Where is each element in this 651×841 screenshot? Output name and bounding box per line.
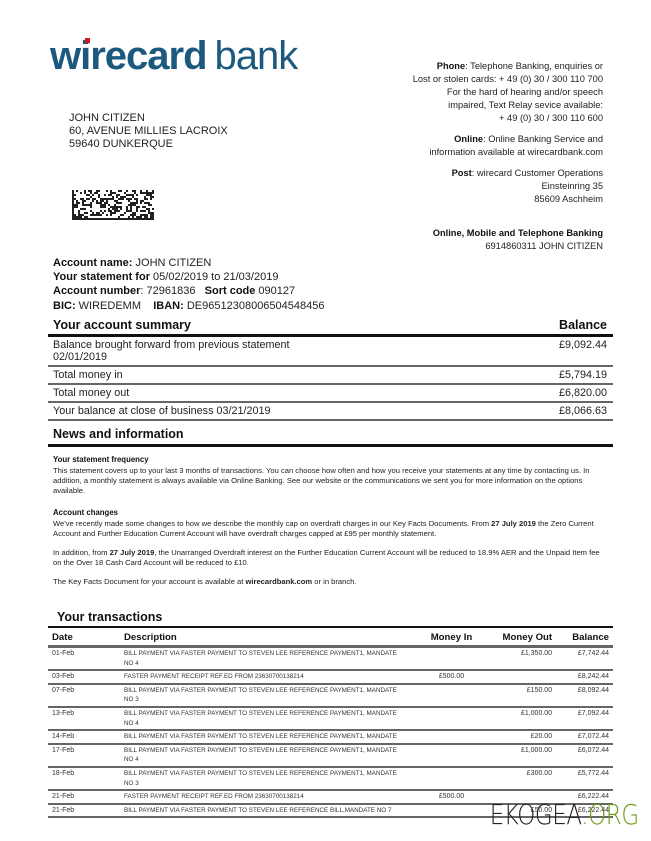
tx-money-out: £1,000.00 [483, 744, 556, 767]
tx-date: 17-Feb [48, 744, 120, 767]
watermark-main: EKOGEA [490, 798, 582, 831]
account-summary: Your account summary Balance Balance bro… [48, 318, 613, 421]
summary-title: Your account summary [53, 318, 191, 332]
summary-label-text: Your balance at close of business 03/21/… [53, 405, 271, 417]
tx-balance: £5,772.44 [556, 767, 613, 790]
tx-date: 13-Feb [48, 707, 120, 730]
tx-date: 01-Feb [48, 647, 120, 671]
sort-code-value: 090127 [255, 285, 295, 297]
tx-description: BILL PAYMENT VIA FASTER PAYMENT TO STEVE… [120, 684, 420, 707]
phone-text: : Telephone Banking, enquiries or [465, 61, 603, 71]
online-label: Online [454, 134, 483, 144]
account-changes-para-1: We've recently made some changes to how … [53, 519, 608, 539]
tx-description: BILL PAYMENT VIA FASTER PAYMENT TO STEVE… [120, 767, 420, 790]
tx-money-in [420, 767, 483, 790]
tx-description-text: FASTER PAYMENT RECEIPT REF.ED FROM 23630… [124, 672, 416, 682]
bic-value: WIREDEMM [76, 300, 141, 312]
statement-period-value: 05/02/2019 to 21/03/2019 [150, 271, 278, 283]
tx-description-text: BILL PAYMENT VIA FASTER PAYMENT TO STEVE… [124, 649, 416, 659]
table-row: 17-FebBILL PAYMENT VIA FASTER PAYMENT TO… [48, 744, 613, 767]
table-row: 07-FebBILL PAYMENT VIA FASTER PAYMENT TO… [48, 684, 613, 707]
tx-money-out: £1,000.00 [483, 707, 556, 730]
recipient-address: JOHN CITIZEN 60, AVENUE MILLIES LACROIX … [69, 112, 228, 151]
account-number-label: Account number [53, 285, 140, 297]
summary-label-subtext: 02/01/2019 [53, 351, 289, 363]
tx-money-out [483, 670, 556, 684]
summary-label-text: Total money out [53, 387, 129, 399]
phone-lost-cards: Lost or stolen cards: + 49 (0) 30 / 300 … [363, 73, 603, 86]
tx-date: 21-Feb [48, 804, 120, 818]
account-name-line: Account name: JOHN CITIZEN [53, 256, 325, 270]
summary-header: Your account summary Balance [48, 318, 613, 337]
summary-row-label: Your balance at close of business 03/21/… [53, 405, 271, 417]
tx-description-text: BILL PAYMENT VIA FASTER PAYMENT TO STEVE… [124, 746, 416, 756]
tx-money-out: £20.00 [483, 730, 556, 744]
bic-iban-line: BIC: WIREDEMM IBAN: DE965123080065045484… [53, 299, 325, 313]
watermark: EKOGEA.ORG [490, 798, 639, 831]
tx-description: FASTER PAYMENT RECEIPT REF.ED FROM 23630… [120, 670, 420, 684]
online-website-text: information available at wirecardbank.co… [363, 146, 603, 159]
post-street: Einsteinring 35 [363, 180, 603, 193]
table-row: 18-FebBILL PAYMENT VIA FASTER PAYMENT TO… [48, 767, 613, 790]
tx-description-subtext: NO 3 [124, 779, 416, 789]
summary-row-value: £9,092.44 [559, 339, 607, 363]
tx-description-text: BILL PAYMENT VIA FASTER PAYMENT TO STEVE… [124, 709, 416, 719]
sort-code-label: Sort code [205, 285, 256, 297]
summary-row-label: Balance brought forward from previous st… [53, 339, 289, 363]
summary-row-label: Total money out [53, 387, 129, 399]
summary-row-value: £8,066.63 [559, 405, 607, 417]
summary-row: Balance brought forward from previous st… [48, 337, 613, 367]
table-row: 13-FebBILL PAYMENT VIA FASTER PAYMENT TO… [48, 707, 613, 730]
text: We've recently made some changes to how … [53, 519, 491, 528]
tx-money-in: £500.00 [420, 790, 483, 804]
phone-label: Phone [437, 61, 465, 71]
tx-money-in [420, 804, 483, 818]
col-money-out: Money Out [483, 627, 556, 647]
col-balance: Balance [556, 627, 613, 647]
summary-label-text: Total money in [53, 369, 123, 381]
transactions-header-row: Date Description Money In Money Out Bala… [48, 627, 613, 647]
account-number-line: Account number: 72961836 Sort code 09012… [53, 284, 325, 298]
contact-info: Phone: Telephone Banking, enquiries or L… [363, 60, 603, 253]
tx-description-text: FASTER PAYMENT RECEIPT REF.ED FROM 23630… [124, 792, 416, 802]
text: The Key Facts Document for your account … [53, 577, 245, 586]
col-description: Description [120, 627, 420, 647]
statement-period-line: Your statement for 05/02/2019 to 21/03/2… [53, 270, 325, 284]
logo-wordmark-light: bank [215, 34, 298, 78]
bic-label: BIC: [53, 300, 76, 312]
tx-description-text: BILL PAYMENT VIA FASTER PAYMENT TO STEVE… [124, 686, 416, 696]
bank-logo: wirecardbank [50, 36, 297, 76]
website-link[interactable]: wirecardbank.com [245, 577, 312, 586]
col-money-in: Money In [420, 627, 483, 647]
tx-description: BILL PAYMENT VIA FASTER PAYMENT TO STEVE… [120, 804, 420, 818]
logo-wordmark-bold: wirecard [50, 34, 207, 78]
tx-date: 14-Feb [48, 730, 120, 744]
account-details: Account name: JOHN CITIZEN Your statemen… [53, 256, 325, 313]
table-row: 01-FebBILL PAYMENT VIA FASTER PAYMENT TO… [48, 647, 613, 671]
logo-red-dot-icon [85, 38, 90, 43]
account-name-label: Account name: [53, 257, 132, 269]
tx-money-out: £300.00 [483, 767, 556, 790]
tx-description-subtext: NO 4 [124, 719, 416, 729]
tx-money-in [420, 744, 483, 767]
contact-post: Post: wirecard Customer Operations Einst… [363, 167, 603, 206]
statement-frequency-text: This statement covers up to your last 3 … [53, 466, 608, 496]
tx-description-text: BILL PAYMENT VIA FASTER PAYMENT TO STEVE… [124, 806, 416, 816]
news-body: Your statement frequency This statement … [48, 447, 613, 587]
phone-relay-number: + 49 (0) 30 / 300 110 600 [363, 112, 603, 125]
tx-balance: £8,242.44 [556, 670, 613, 684]
iban-label: IBAN: [153, 300, 184, 312]
statement-period-label: Your statement for [53, 271, 150, 283]
tx-money-in [420, 730, 483, 744]
contact-banking: Online, Mobile and Telephone Banking 691… [363, 227, 603, 253]
contact-phone: Phone: Telephone Banking, enquiries or L… [363, 60, 603, 125]
date-highlight: 27 July 2019 [491, 519, 536, 528]
online-text: : Online Banking Service and [483, 134, 603, 144]
text: or in branch. [312, 577, 356, 586]
date-highlight: 27 July 2019 [110, 548, 155, 557]
tx-date: 18-Feb [48, 767, 120, 790]
tx-balance: £8,092.44 [556, 684, 613, 707]
tx-description: FASTER PAYMENT RECEIPT REF.ED FROM 23630… [120, 790, 420, 804]
tx-balance: £6,072.44 [556, 744, 613, 767]
tx-description: BILL PAYMENT VIA FASTER PAYMENT TO STEVE… [120, 730, 420, 744]
tx-balance: £7,092.44 [556, 707, 613, 730]
tx-money-in [420, 707, 483, 730]
transactions-title: Your transactions [57, 610, 162, 624]
tx-description-text: BILL PAYMENT VIA FASTER PAYMENT TO STEVE… [124, 769, 416, 779]
iban-value: DE96512308006504548456 [184, 300, 325, 312]
statement-frequency-title: Your statement frequency [53, 455, 608, 465]
tx-date: 21-Feb [48, 790, 120, 804]
tx-description-subtext: NO 4 [124, 659, 416, 669]
recipient-city: 59640 DUNKERQUE [69, 138, 228, 151]
datamatrix-barcode-icon [72, 190, 154, 220]
post-text: : wirecard Customer Operations [472, 168, 603, 178]
tx-money-in [420, 647, 483, 671]
tx-date: 03-Feb [48, 670, 120, 684]
phone-relay-text: impaired, Text Relay sevice available: [363, 99, 603, 112]
banking-label: Online, Mobile and Telephone Banking [433, 228, 603, 238]
contact-online: Online: Online Banking Service and infor… [363, 133, 603, 159]
tx-description: BILL PAYMENT VIA FASTER PAYMENT TO STEVE… [120, 707, 420, 730]
banking-customer-id: 6914860311 JOHN CITIZEN [363, 240, 603, 253]
summary-row-value: £5,794.19 [559, 369, 607, 381]
summary-row: Your balance at close of business 03/21/… [48, 403, 613, 421]
tx-description-subtext: NO 4 [124, 755, 416, 765]
tx-description-text: BILL PAYMENT VIA FASTER PAYMENT TO STEVE… [124, 732, 416, 742]
recipient-street: 60, AVENUE MILLIES LACROIX [69, 125, 228, 138]
table-row: 14-FebBILL PAYMENT VIA FASTER PAYMENT TO… [48, 730, 613, 744]
tx-money-out: £1,350.00 [483, 647, 556, 671]
col-date: Date [48, 627, 120, 647]
summary-row-label: Total money in [53, 369, 123, 381]
transactions-table: Date Description Money In Money Out Bala… [48, 626, 613, 818]
account-changes-para-2: In addition, from 27 July 2019, the Unar… [53, 548, 608, 568]
account-changes-title: Account changes [53, 508, 608, 518]
summary-balance-header: Balance [559, 318, 607, 332]
tx-description: BILL PAYMENT VIA FASTER PAYMENT TO STEVE… [120, 744, 420, 767]
key-facts-para: The Key Facts Document for your account … [53, 577, 608, 587]
news-title: News and information [48, 427, 613, 447]
summary-row: Total money in£5,794.19 [48, 367, 613, 385]
tx-money-out: £150.00 [483, 684, 556, 707]
summary-label-text: Balance brought forward from previous st… [53, 339, 289, 351]
recipient-name: JOHN CITIZEN [69, 112, 228, 125]
post-city: 85609 Aschheim [363, 193, 603, 206]
logo-text-bold: wirecard [50, 34, 207, 78]
tx-balance: £7,742.44 [556, 647, 613, 671]
phone-hearing-text: For the hard of hearing and/or speech [363, 86, 603, 99]
summary-row-value: £6,820.00 [559, 387, 607, 399]
table-row: 03-FebFASTER PAYMENT RECEIPT REF.ED FROM… [48, 670, 613, 684]
tx-balance: £7,072.44 [556, 730, 613, 744]
tx-description: BILL PAYMENT VIA FASTER PAYMENT TO STEVE… [120, 647, 420, 671]
watermark-suffix: .ORG [582, 798, 639, 831]
text: In addition, from [53, 548, 110, 557]
account-number-value: : 72961836 [140, 285, 195, 297]
account-name-value: JOHN CITIZEN [132, 257, 211, 269]
post-label: Post [452, 168, 472, 178]
news-section: News and information Your statement freq… [48, 427, 613, 596]
tx-money-in: £500.00 [420, 670, 483, 684]
summary-row: Total money out£6,820.00 [48, 385, 613, 403]
tx-money-in [420, 684, 483, 707]
tx-description-subtext: NO 3 [124, 695, 416, 705]
tx-date: 07-Feb [48, 684, 120, 707]
